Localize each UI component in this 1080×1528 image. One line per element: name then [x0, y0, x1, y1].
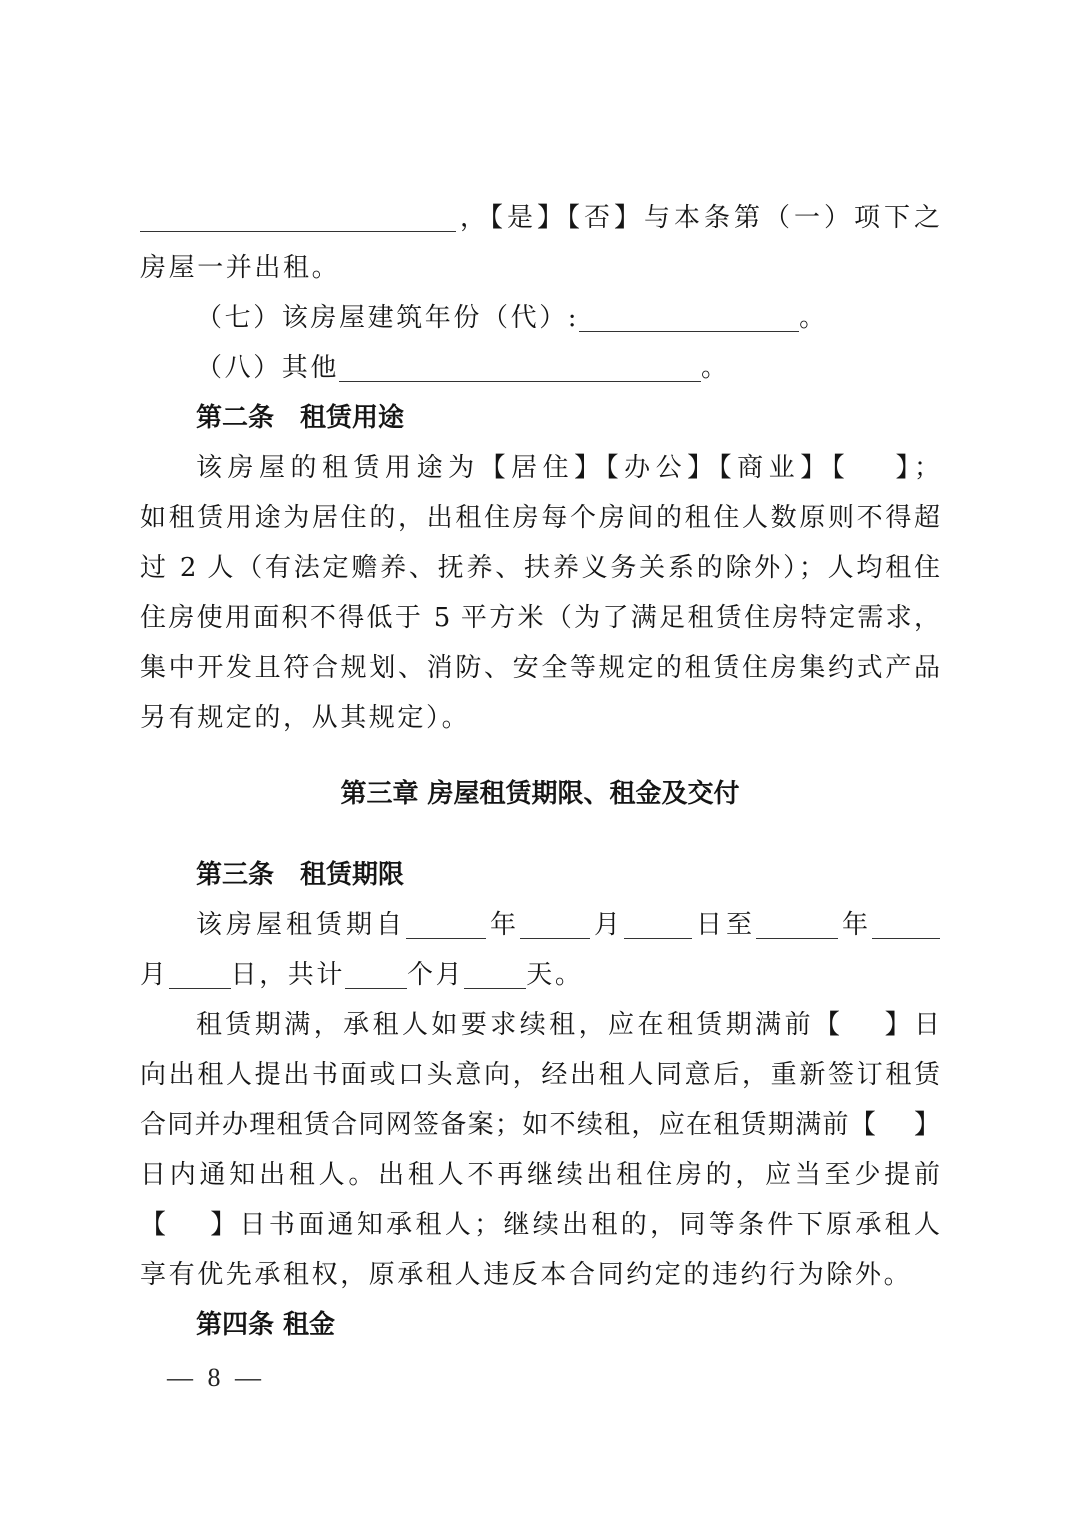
article-number: 第二条: [196, 403, 274, 433]
text-segment: 天。: [526, 960, 583, 990]
document-page: ，【是】【否】与本条第（一）项下之 房屋一并出租。 （七）该房屋建筑年份（代）:…: [140, 193, 940, 1350]
article-4-heading: 第四条 租金: [140, 1300, 940, 1350]
clause-7-build-year: （七）该房屋建筑年份（代）:。: [140, 293, 940, 343]
end-month-blank: [872, 912, 940, 939]
clause-label: （七）该房屋建筑年份（代）:: [196, 303, 579, 333]
paragraph-line: 另有规定的，从其规定）。: [140, 693, 940, 743]
clause-label: （八）其他: [196, 353, 339, 383]
end-year-blank: [756, 912, 838, 939]
paragraph-line: 如租赁用途为居住的，出租住房每个房间的租住人数原则不得超: [140, 493, 940, 543]
clause-6-end: 房屋一并出租。: [140, 243, 940, 293]
article-2-heading: 第二条租赁用途: [140, 393, 940, 443]
text-segment: 年: [486, 910, 520, 940]
end-day-blank: [169, 962, 231, 989]
text-segment: 日，共计: [231, 960, 345, 990]
lease-term-line-1: 该房屋租赁期自年月日至年: [140, 900, 940, 950]
text-segment: 月: [140, 960, 169, 990]
paragraph-line: 【 】日书面通知承租人；继续出租的，同等条件下原承租人: [140, 1200, 940, 1250]
build-year-blank: [579, 305, 799, 332]
paragraph-line: 住房使用面积不得低于 5 平方米（为了满足租赁住房特定需求，: [140, 593, 940, 643]
period: 。: [799, 303, 828, 333]
text-segment: ，【是】【否】与本条第（一）项下之: [456, 203, 940, 233]
other-blank: [339, 355, 701, 382]
article-title: 租赁用途: [300, 403, 404, 433]
paragraph-line: 集中开发且符合规划、消防、安全等规定的租赁住房集约式产品: [140, 643, 940, 693]
chapter-3-title: 第三章 房屋租赁期限、租金及交付: [140, 769, 940, 819]
page-number: — 8 —: [167, 1360, 265, 1396]
article-title: 租赁期限: [300, 860, 404, 890]
paragraph-line: 过 2 人（有法定赡养、抚养、扶养义务关系的除外）；人均租住: [140, 543, 940, 593]
text-segment: 个月: [407, 960, 464, 990]
clause-8-other: （八）其他。: [140, 343, 940, 393]
paragraph-line: 日内通知出租人。出租人不再继续出租住房的，应当至少提前: [140, 1150, 940, 1200]
article-3-heading: 第三条租赁期限: [140, 850, 940, 900]
article-number: 第三条: [196, 860, 274, 890]
paragraph-line: 该房屋的租赁用途为【居住】【办公】【商业】【 】；: [140, 443, 940, 493]
lease-term-line-2: 月日，共计个月天。: [140, 950, 940, 1000]
paragraph-line: 租赁期满，承租人如要求续租，应在租赁期满前【 】日: [140, 1000, 940, 1050]
text-segment: 日至: [692, 910, 756, 940]
paragraph-line: 合同并办理租赁合同网签备案；如不续租，应在租赁期满前【 】: [140, 1100, 940, 1150]
paragraph-line: 享有优先承租权，原承租人违反本合同约定的违约行为除外。: [140, 1250, 940, 1300]
clause-6-continuation: ，【是】【否】与本条第（一）项下之: [140, 193, 940, 243]
text-segment: 月: [590, 910, 624, 940]
total-months-blank: [345, 962, 407, 989]
paragraph-line: 向出租人提出书面或口头意向，经出租人同意后，重新签订租赁: [140, 1050, 940, 1100]
text-segment: 该房屋租赁期自: [196, 910, 406, 940]
total-days-blank: [464, 962, 526, 989]
text-segment: 年: [838, 910, 872, 940]
start-year-blank: [406, 912, 486, 939]
blank-field: [140, 205, 456, 232]
start-day-blank: [624, 912, 692, 939]
start-month-blank: [520, 912, 590, 939]
period: 。: [701, 353, 730, 383]
